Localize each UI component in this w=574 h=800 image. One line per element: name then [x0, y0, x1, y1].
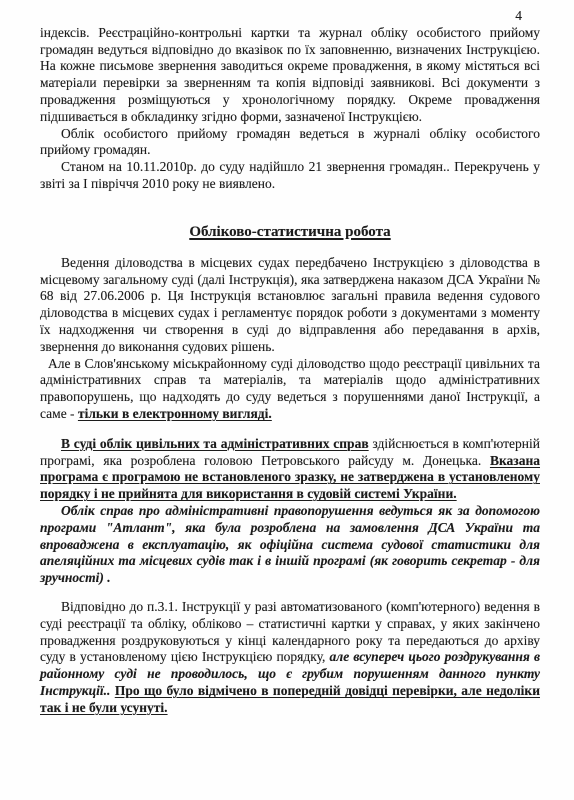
paragraph-registration-cards: індексів. Реєстраційно-контрольні картки…	[40, 25, 540, 126]
section-heading: Обліково-статистична робота	[40, 223, 540, 241]
text-run-bold-underline: Про що було відмічено в попередній довід…	[40, 683, 540, 715]
paragraph-instruction-p31: Відповідно до п.3.1. Інструкції у разі а…	[40, 599, 540, 717]
text-run: Облік особистого прийому громадян ведеть…	[40, 126, 540, 158]
text-run-bold-underline: В суді облік цивільних та адміністративн…	[61, 436, 369, 451]
paragraph-atlant-program: Облік справ про адміністративні правопор…	[40, 503, 540, 587]
paragraph-appeals-count: Станом на 10.11.2010р. до суду надійшло …	[40, 159, 540, 193]
paragraph-court-case-accounting: В суді облік цивільних та адміністративн…	[40, 436, 540, 503]
paragraph-personal-reception-log: Облік особистого прийому громадян ведеть…	[40, 126, 540, 160]
paragraph-violations-electronic: Але в Слов'янському міськрайонному суді …	[40, 356, 540, 423]
section-heading-text: Обліково-статистична робота	[189, 224, 390, 240]
text-run-bold-underline: тільки в електронному вигляді.	[78, 406, 272, 421]
text-run: Станом на 10.11.2010р. до суду надійшло …	[40, 159, 540, 191]
text-run-bold-italic: Облік справ про адміністративні правопор…	[40, 503, 540, 585]
paragraph-instruction-overview: Ведення діловодства в місцевих судах пер…	[40, 255, 540, 356]
page-number: 4	[40, 8, 540, 25]
document-page: 4 індексів. Реєстраційно-контрольні карт…	[0, 0, 574, 800]
text-run: індексів. Реєстраційно-контрольні картки…	[40, 25, 540, 124]
text-run: Ведення діловодства в місцевих судах пер…	[40, 255, 540, 354]
